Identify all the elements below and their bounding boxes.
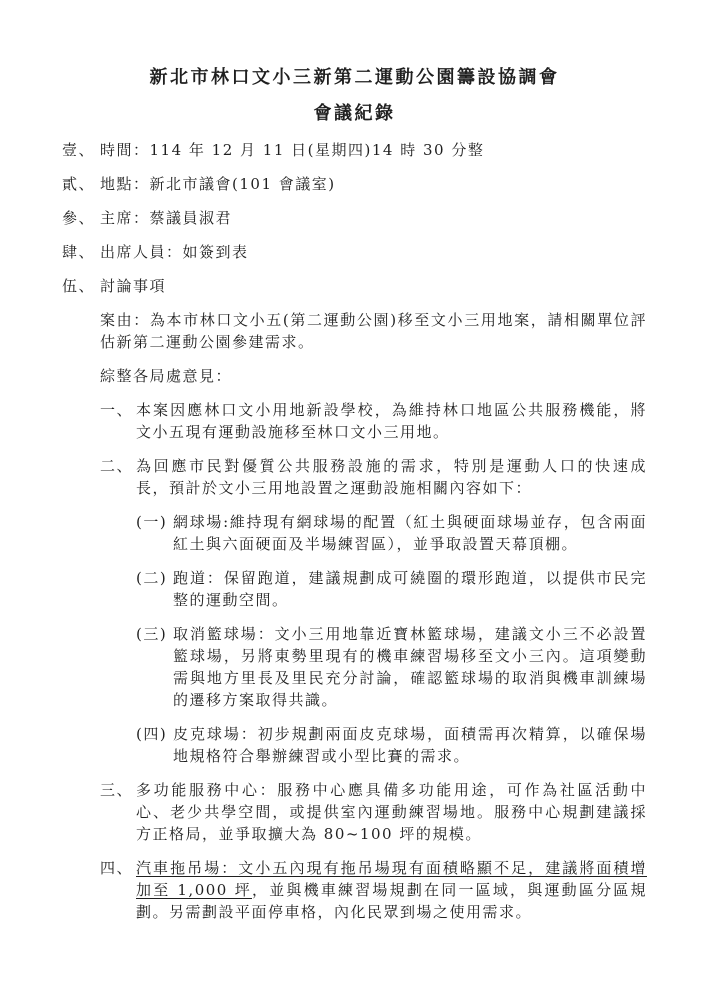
item-label: (二) (136, 567, 173, 589)
meta-item-location: 貳、 地點：新北市議會(101 會議室) (62, 173, 647, 195)
item-label: 貳、 (62, 173, 100, 195)
item-text: 網球場:維持現有網球場的配置（紅土與硬面球場並存，包含兩面紅土與六面硬面及半場練… (173, 511, 647, 555)
document-page: 新北市林口文小三新第二運動公園籌設協調會 會議紀錄 壹、 時間：114 年 12… (0, 0, 707, 1000)
item-text: 時間：114 年 12 月 11 日(星期四)14 時 30 分整 (100, 139, 647, 161)
item-label: 壹、 (62, 139, 100, 161)
item-label: 一、 (100, 399, 136, 421)
item-text: 為回應市民對優質公共服務設施的需求，特別是運動人口的快速成長，預計於文小三用地設… (136, 455, 647, 499)
item-text: 汽車拖吊場：文小五內現有拖吊場現有面積略顯不足，建議將面積增加至 1,000 坪… (136, 857, 647, 923)
item-text: 出席人員：如簽到表 (100, 241, 647, 263)
item-text: 皮克球場：初步規劃兩面皮克球場，面積需再次精算，以確保場地規格符合舉辦練習或小型… (173, 723, 647, 767)
item-label: 三、 (100, 779, 136, 801)
item-text: 討論事項 (100, 275, 647, 297)
doc-title: 新北市林口文小三新第二運動公園籌設協調會 (62, 66, 647, 90)
item-text: 跑道：保留跑道，建議規劃成可繞圈的環形跑道，以提供市民完整的運動空間。 (173, 567, 647, 611)
opinion-item-4: 四、 汽車拖吊場：文小五內現有拖吊場現有面積略顯不足，建議將面積增加至 1,00… (100, 857, 647, 923)
item-text: 地點：新北市議會(101 會議室) (100, 173, 647, 195)
item-text: 主席：蔡議員淑君 (100, 207, 647, 229)
facility-item-1: (一) 網球場:維持現有網球場的配置（紅土與硬面球場並存，包含兩面紅土與六面硬面… (136, 511, 647, 555)
opinion-item-2: 二、 為回應市民對優質公共服務設施的需求，特別是運動人口的快速成長，預計於文小三… (100, 455, 647, 499)
meta-item-time: 壹、 時間：114 年 12 月 11 日(星期四)14 時 30 分整 (62, 139, 647, 161)
opinion-item-1: 一、 本案因應林口文小用地新設學校，為維持林口地區公共服務機能，將文小五現有運動… (100, 399, 647, 443)
item-text: 本案因應林口文小用地新設學校，為維持林口地區公共服務機能，將文小五現有運動設施移… (136, 399, 647, 443)
case-paragraph: 案由：為本市林口文小五(第二運動公園)移至文小三用地案，請相關單位評估新第二運動… (100, 309, 647, 353)
item-text: 取消籃球場：文小三用地靠近寶林籃球場，建議文小三不必設置籃球場，另將東勢里現有的… (173, 623, 647, 711)
item-label: 四、 (100, 857, 136, 879)
item-label: 參、 (62, 207, 100, 229)
meta-item-discussion: 伍、 討論事項 (62, 275, 647, 297)
meta-item-chair: 參、 主席：蔡議員淑君 (62, 207, 647, 229)
item-label: 肆、 (62, 241, 100, 263)
opinion-item-3: 三、 多功能服務中心：服務中心應具備多功能用途，可作為社區活動中心、老少共學空間… (100, 779, 647, 845)
meta-item-attendees: 肆、 出席人員：如簽到表 (62, 241, 647, 263)
doc-subtitle: 會議紀錄 (62, 102, 647, 126)
facility-item-2: (二) 跑道：保留跑道，建議規劃成可繞圈的環形跑道，以提供市民完整的運動空間。 (136, 567, 647, 611)
item-text: 多功能服務中心：服務中心應具備多功能用途，可作為社區活動中心、老少共學空間，或提… (136, 779, 647, 845)
item-label: 伍、 (62, 275, 100, 297)
item-label: 二、 (100, 455, 136, 477)
facility-item-4: (四) 皮克球場：初步規劃兩面皮克球場，面積需再次精算，以確保場地規格符合舉辦練… (136, 723, 647, 767)
opinions-heading: 綜整各局處意見： (100, 365, 647, 387)
item-label: (四) (136, 723, 173, 745)
item-label: (一) (136, 511, 173, 533)
facility-item-3: (三) 取消籃球場：文小三用地靠近寶林籃球場，建議文小三不必設置籃球場，另將東勢… (136, 623, 647, 711)
item-label: (三) (136, 623, 173, 645)
